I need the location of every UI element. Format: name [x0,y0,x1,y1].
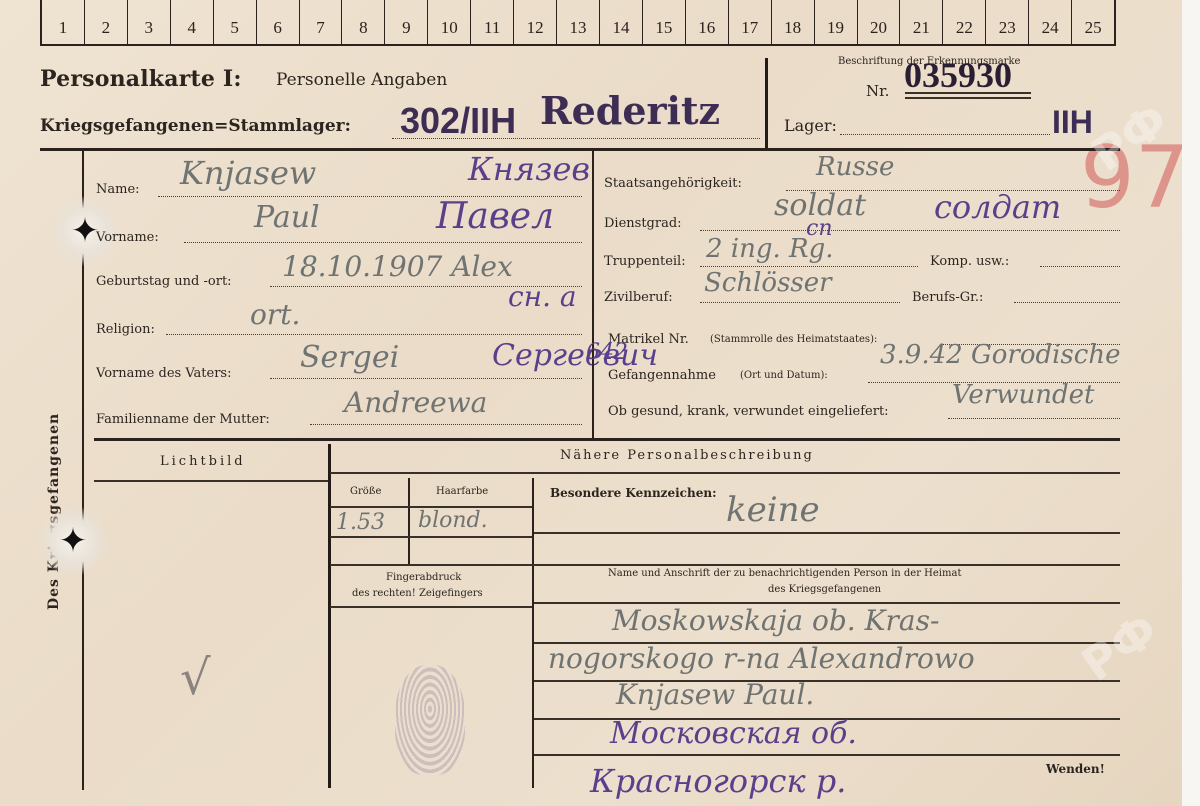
strip-cell: 24 [1029,0,1072,44]
turn-over-label: Wenden! [1046,762,1105,776]
watermark: РФ [1072,602,1168,692]
strip-cell: 6 [257,0,300,44]
strip-cell: 18 [772,0,815,44]
card-subtitle: Personelle Angaben [276,70,447,90]
company-label: Komp. usw.: [930,254,1009,269]
contact-line: Knjasew Paul. [616,678,814,711]
health-line [948,418,1120,419]
card-title: Personalkarte I: [40,66,242,92]
strip-cell: 15 [643,0,686,44]
margin-note: 642 [586,340,628,365]
scan-edge [1182,0,1200,806]
strip-cell: 12 [514,0,557,44]
strip-cell: 3 [128,0,171,44]
fingerprint-impression [395,665,465,775]
strip-cell: 21 [900,0,943,44]
unit-note: сп [806,216,833,241]
nr-underline-2 [905,97,1031,99]
strip-cell: 22 [943,0,986,44]
strip-cell: 8 [342,0,385,44]
birth-label: Geburtstag und -ort: [96,274,232,289]
rank-label: Dienstgrad: [604,216,682,231]
mid-rule [94,438,1120,441]
rank-line [700,230,1120,231]
strip-cell: 9 [385,0,428,44]
strip-cell: 20 [858,0,901,44]
pow-personnel-card: 1 2 3 4 5 6 7 8 9 10 11 12 13 14 15 16 1… [0,0,1182,806]
occupation-group-line [1014,302,1120,303]
firstname-line [184,242,582,243]
strip-cell: 5 [214,0,257,44]
capture-label: Gefangennahme [608,368,716,383]
strip-cell: 25 [1072,0,1114,44]
strip-cell: 2 [85,0,128,44]
photo-title-rule [94,480,328,482]
description-inner-divider [532,478,534,788]
mother-line [310,424,582,425]
strip-cell: 17 [729,0,772,44]
nationality-label: Staatsangehörigkeit: [604,176,742,191]
marks-rule-1 [534,532,1120,534]
camp-name-stamp: Rederitz [540,88,720,133]
name-value-cyrillic: Князев [468,150,590,188]
strip-cell: 10 [428,0,471,44]
hair-value: blond. [418,508,488,533]
religion-label: Religion: [96,322,155,337]
punch-hole-bottom: ✦ [38,506,108,576]
height-label: Größe [350,486,381,497]
fingerprint-label-2: des rechten! Zeigefingers [352,588,483,599]
hair-label: Haarfarbe [436,486,488,497]
strip-cell: 7 [300,0,343,44]
matrikel-sublabel: (Stammrolle des Heimatstaates): [710,334,877,345]
nr-label: Nr. [866,82,889,100]
strip-cell: 13 [557,0,600,44]
mother-value: Andreewa [344,386,487,419]
description-title: Nähere Personalbeschreibung [560,448,814,463]
photo-divider [328,444,331,788]
father-label: Vorname des Vaters: [96,366,231,381]
father-line [270,378,582,379]
name-value-latin: Knjasew [180,154,316,192]
birth-value: 18.10.1907 Alex [282,250,513,283]
pow-number-stamp: 035930 [904,54,1012,96]
civil-occupation-value: Schlösser [704,268,832,298]
contact-label-1: Name und Anschrift der zu benachrichtige… [608,568,961,579]
strip-cell: 4 [171,0,214,44]
fingerprint-rule [330,606,532,608]
firstname-value-latin: Paul [254,200,320,235]
strip-cell: 19 [815,0,858,44]
strip-cell: 1 [42,0,85,44]
camp-label: Kriegsgefangenen=Stammlager: [40,116,351,136]
contact-line: Московская об. [610,716,857,751]
unit-line [700,266,918,267]
marks-rule-2 [330,564,1120,566]
mother-label: Familienname der Mutter: [96,412,270,427]
hole-tear-icon: ✦ [59,524,88,558]
health-value: Verwundet [952,380,1094,410]
marks-label: Besondere Kennzeichen: [550,486,717,500]
occupation-group-label: Berufs-Gr.: [912,290,983,305]
father-value-latin: Sergei [300,340,399,375]
strip-cell: 23 [986,0,1029,44]
height-value: 1.53 [336,510,385,535]
check-mark-icon: √ [180,650,211,706]
rank-value-cyrillic: солдат [934,188,1061,226]
birth-value-continued: сн. а [508,280,577,313]
strip-cell: 11 [471,0,514,44]
civil-occupation-line [700,302,900,303]
capture-sublabel: (Ort und Datum): [740,370,828,381]
lager-underline [840,134,1050,135]
contact-line: Moskowskaja ob. Kras- [612,604,939,637]
fingerprint-label-1: Fingerabdruck [386,572,461,583]
description-title-rule [330,472,1120,474]
size-value-rule [330,536,532,538]
capture-value: 3.9.42 Gorodische [880,340,1120,370]
health-label: Ob gesund, krank, verwundet eingeliefert… [608,404,889,419]
contact-line: nogorskogo r-na Alexandrowo [548,642,975,675]
photo-title: Lichtbild [160,454,246,469]
civil-occupation-label: Zivilberuf: [604,290,673,305]
firstname-value-cyrillic: Павел [436,196,554,237]
company-line [1040,266,1120,267]
unit-label: Truppenteil: [604,254,686,269]
number-strip: 1 2 3 4 5 6 7 8 9 10 11 12 13 14 15 16 1… [40,0,1116,46]
height-hair-divider [408,478,410,564]
name-label: Name: [96,182,140,197]
contact-label-2: des Kriegsgefangenen [768,584,881,595]
middle-divider [592,150,594,438]
strip-cell: 16 [686,0,729,44]
hole-tear-icon: ✦ [71,214,100,248]
religion-value: ort. [250,298,300,331]
contact-line: Красногорск р. [590,762,846,800]
nationality-value: Russe [816,152,894,182]
header-divider [765,58,768,148]
strip-cell: 14 [600,0,643,44]
marks-value: keine [726,490,820,530]
religion-line [166,334,582,335]
firstname-label: Vorname: [96,230,159,245]
contact-rule [534,754,1120,756]
lager-label: Lager: [784,116,837,135]
camp-number-stamp: 302/IIH [400,100,516,142]
